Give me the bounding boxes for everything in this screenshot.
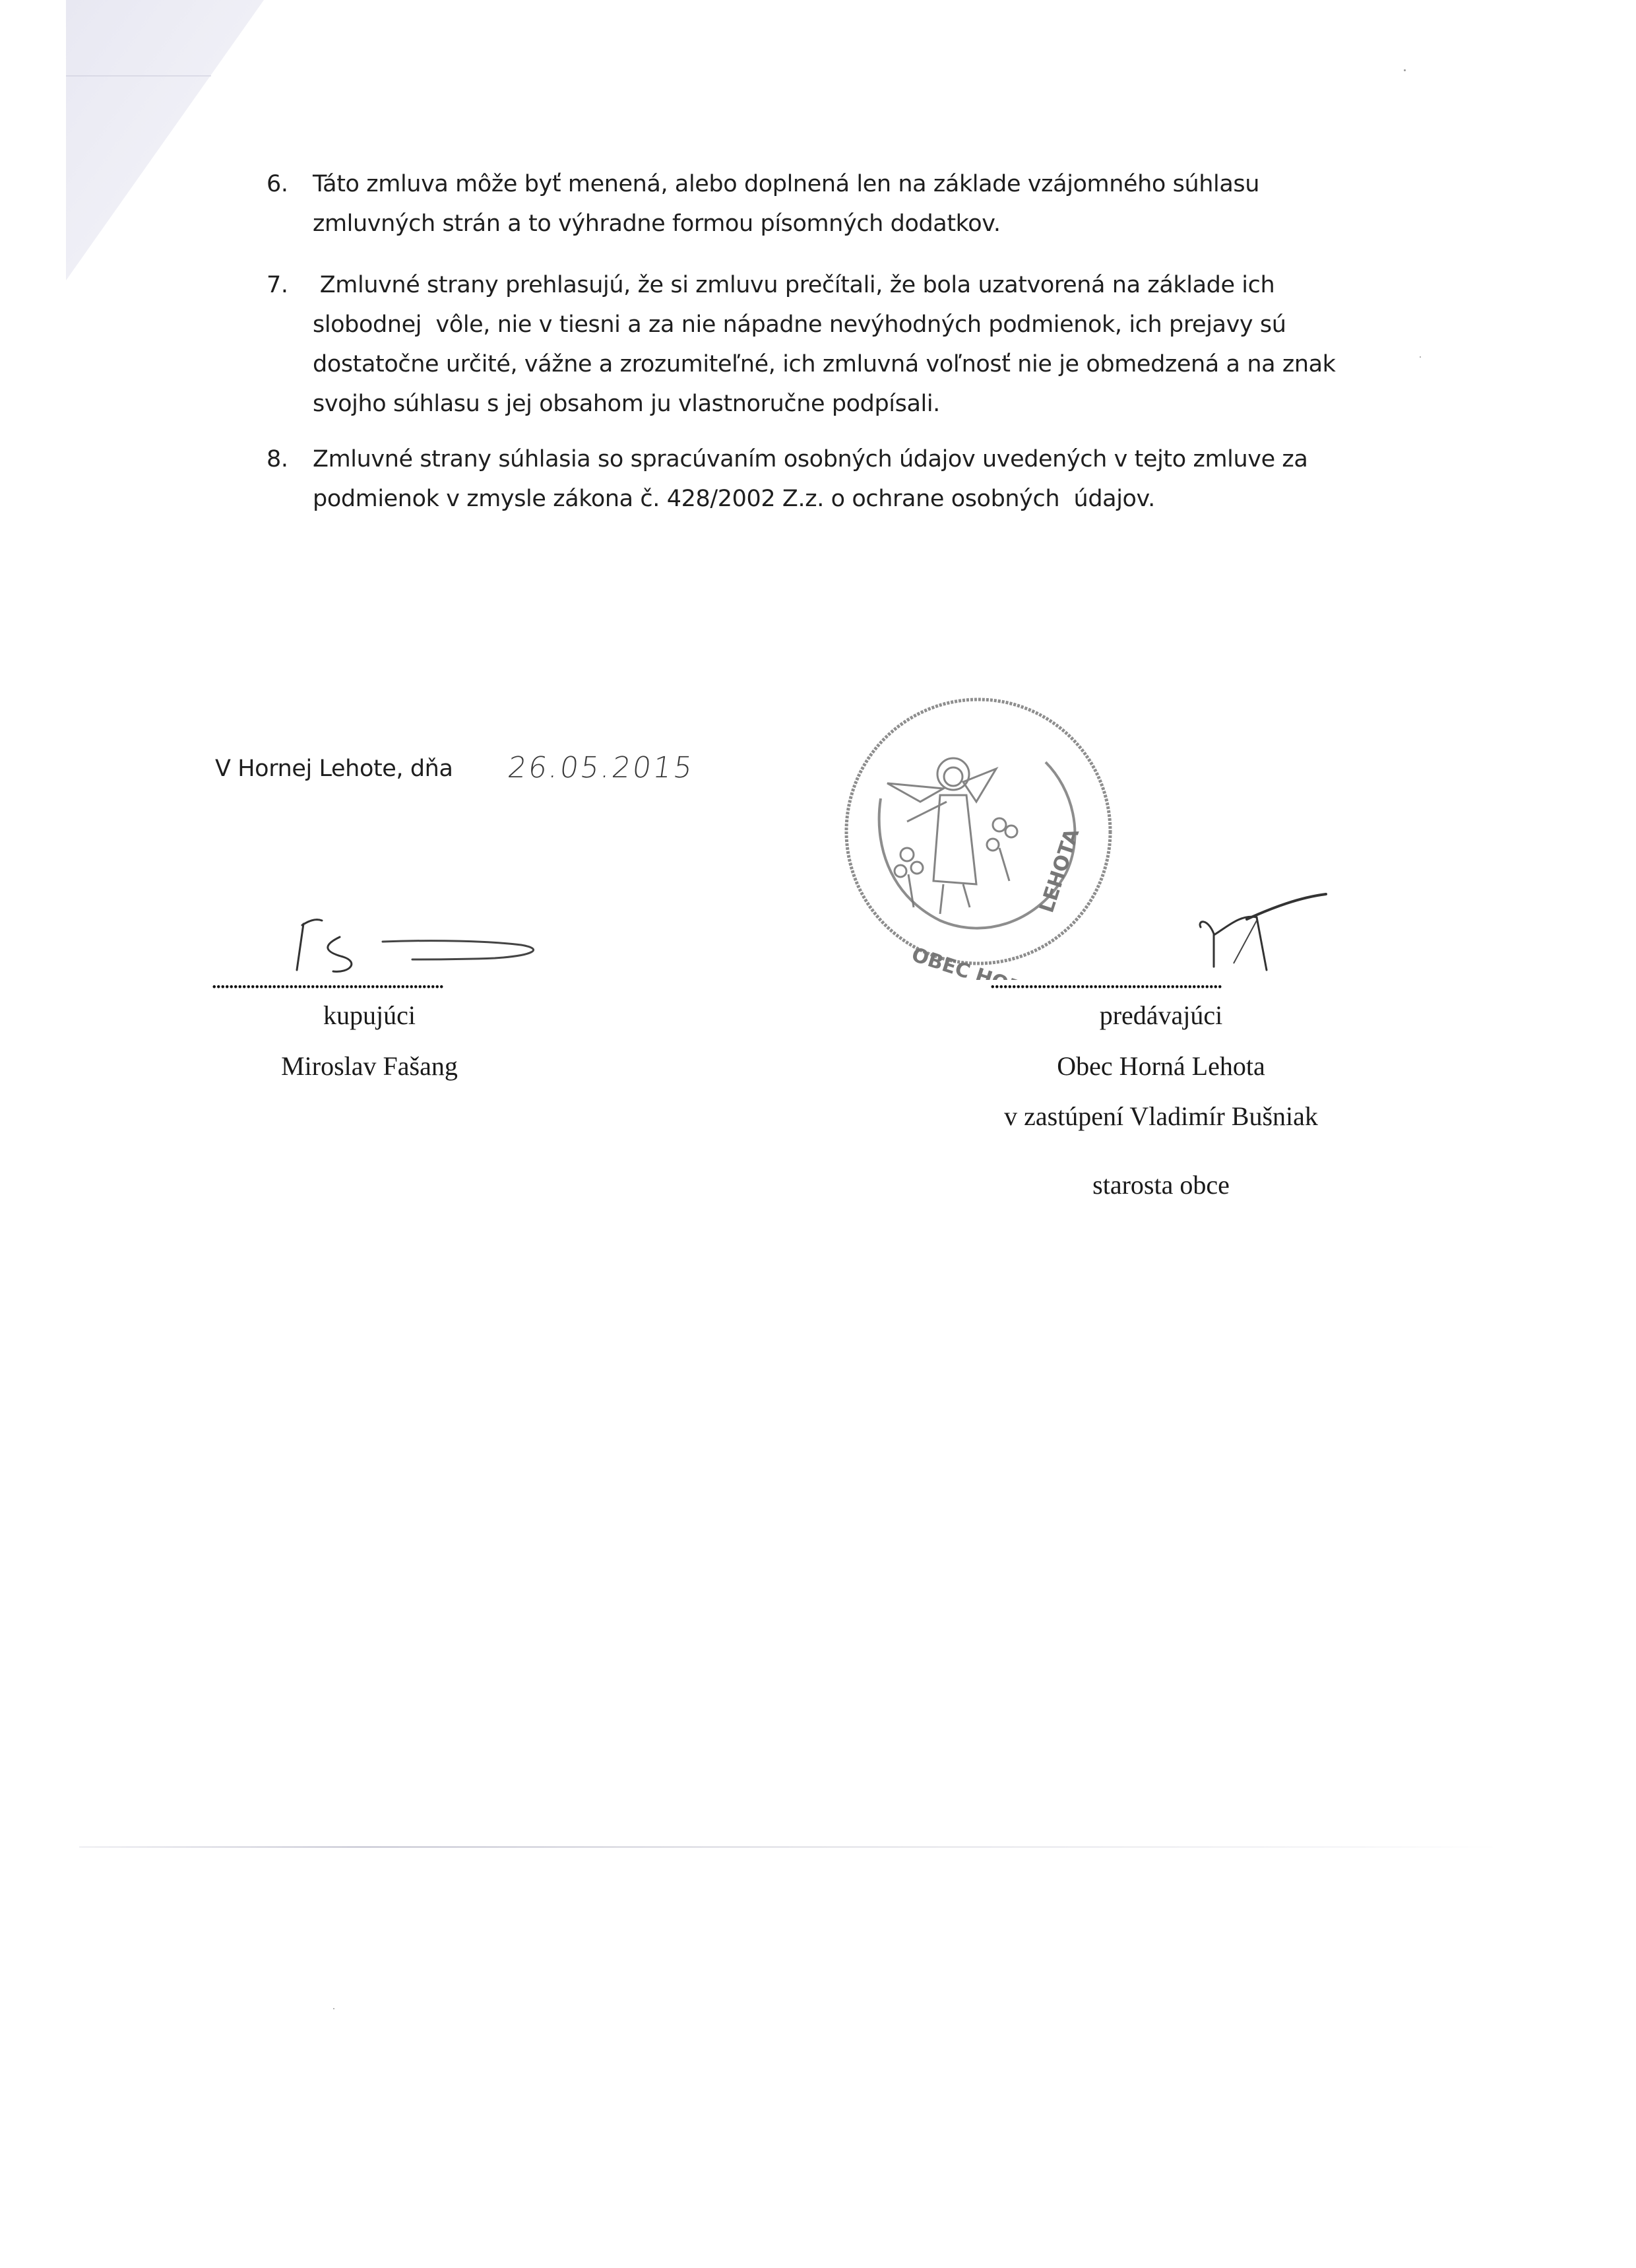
- stamp-text-right: LEHOTA: [1035, 826, 1084, 916]
- clause-6: 6. Táto zmluva môže byť menená, alebo do…: [267, 164, 1428, 243]
- seller-title: starosta obce: [1029, 1169, 1293, 1200]
- clause-number: 8.: [267, 439, 288, 479]
- clause-7: 7. Zmluvné strany prehlasujú, že si zmlu…: [267, 265, 1428, 424]
- scan-speck: [333, 2008, 334, 2009]
- stamp-text-left: OBEC HORNÁ: [909, 942, 1057, 980]
- buyer-signature-line: ........................................…: [211, 973, 567, 989]
- scan-speck: [1404, 69, 1406, 71]
- clause-text: Táto zmluva môže byť menená, alebo dopln…: [313, 164, 1428, 243]
- municipal-stamp: OBEC HORNÁ LEHOTA: [834, 696, 1138, 980]
- seller-organization: Obec Horná Lehota: [963, 1051, 1359, 1082]
- clause-text: Zmluvné strany súhlasia so spracúvaním o…: [313, 439, 1428, 519]
- clause-line: Zmluvné strany prehlasujú, že si zmluvu …: [313, 265, 1428, 305]
- scan-speck: [1420, 356, 1421, 358]
- clause-line: Zmluvné strany súhlasia so spracúvaním o…: [313, 439, 1428, 479]
- buyer-signature: [284, 911, 567, 983]
- clause-line: Táto zmluva môže byť menená, alebo dopln…: [313, 164, 1428, 204]
- seller-representative: v zastúpení Vladimír Bušniak: [963, 1101, 1359, 1132]
- clause-line: slobodnej vôle, nie v tiesni a za nie ná…: [313, 305, 1428, 344]
- seller-signature: [1194, 888, 1339, 973]
- buyer-role: kupujúci: [237, 1000, 501, 1031]
- clause-text: Zmluvné strany prehlasujú, že si zmluvu …: [313, 265, 1428, 424]
- buyer-name: Miroslav Fašang: [237, 1051, 501, 1082]
- scan-artifact-line: [79, 1846, 1497, 1848]
- seller-role: predávajúci: [1029, 1000, 1293, 1031]
- clause-8: 8. Zmluvné strany súhlasia so spracúvaní…: [267, 439, 1428, 519]
- clause-line: dostatočne určité, vážne a zrozumiteľné,…: [313, 344, 1428, 384]
- clause-number: 7.: [267, 265, 288, 305]
- clause-number: 6.: [267, 164, 288, 204]
- scan-shadow: [0, 0, 277, 290]
- clause-line: zmluvných strán a to výhradne formou pís…: [313, 204, 1428, 243]
- place-date-label: V Hornej Lehote, dňa: [215, 756, 453, 782]
- clause-line: svojho súhlasu s jej obsahom ju vlastnor…: [313, 384, 1428, 424]
- clause-line: podmienok v zmysle zákona č. 428/2002 Z.…: [313, 479, 1428, 519]
- handwritten-date: 26.05.2015: [505, 751, 696, 785]
